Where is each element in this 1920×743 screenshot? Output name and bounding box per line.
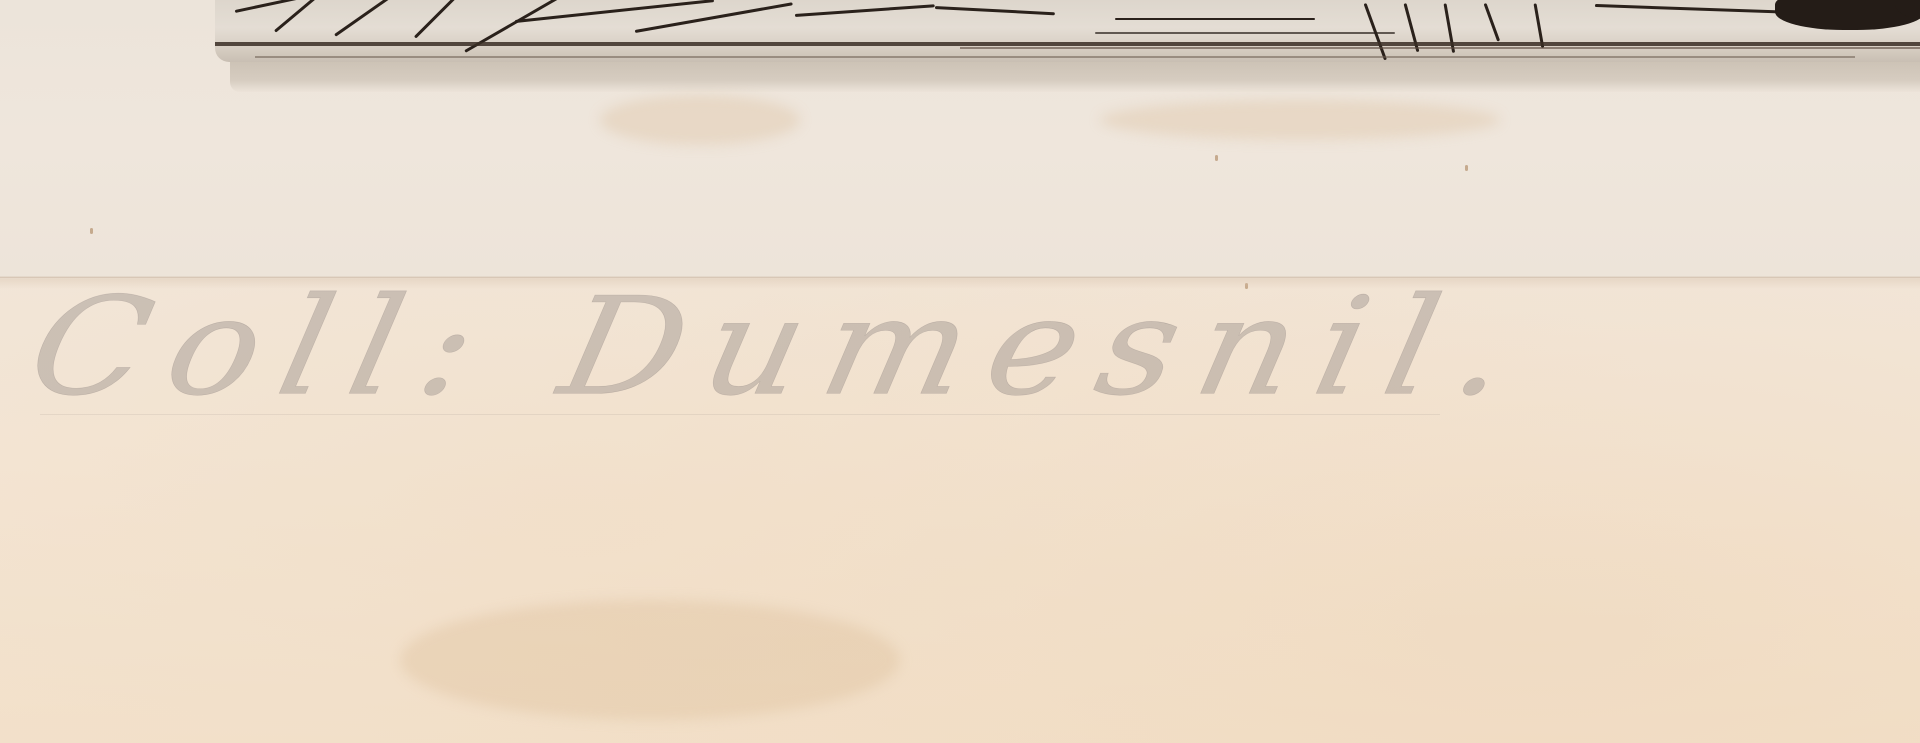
foxing-stain xyxy=(600,95,800,145)
engraving-bottom-edge xyxy=(215,0,1920,62)
foxing-stain xyxy=(400,600,900,720)
paper-speck xyxy=(1215,155,1218,161)
pencil-inscription: Coll: Dumesnil. xyxy=(48,250,1468,450)
paper-speck xyxy=(1465,165,1468,171)
inscription-text: Coll: Dumesnil. xyxy=(19,280,1542,415)
plate-border-line-secondary xyxy=(960,47,1920,49)
engraving-tone-band xyxy=(230,62,1920,92)
paper-speck xyxy=(90,228,93,234)
plate-border-line xyxy=(215,42,1920,46)
foxing-stain xyxy=(1100,100,1500,140)
